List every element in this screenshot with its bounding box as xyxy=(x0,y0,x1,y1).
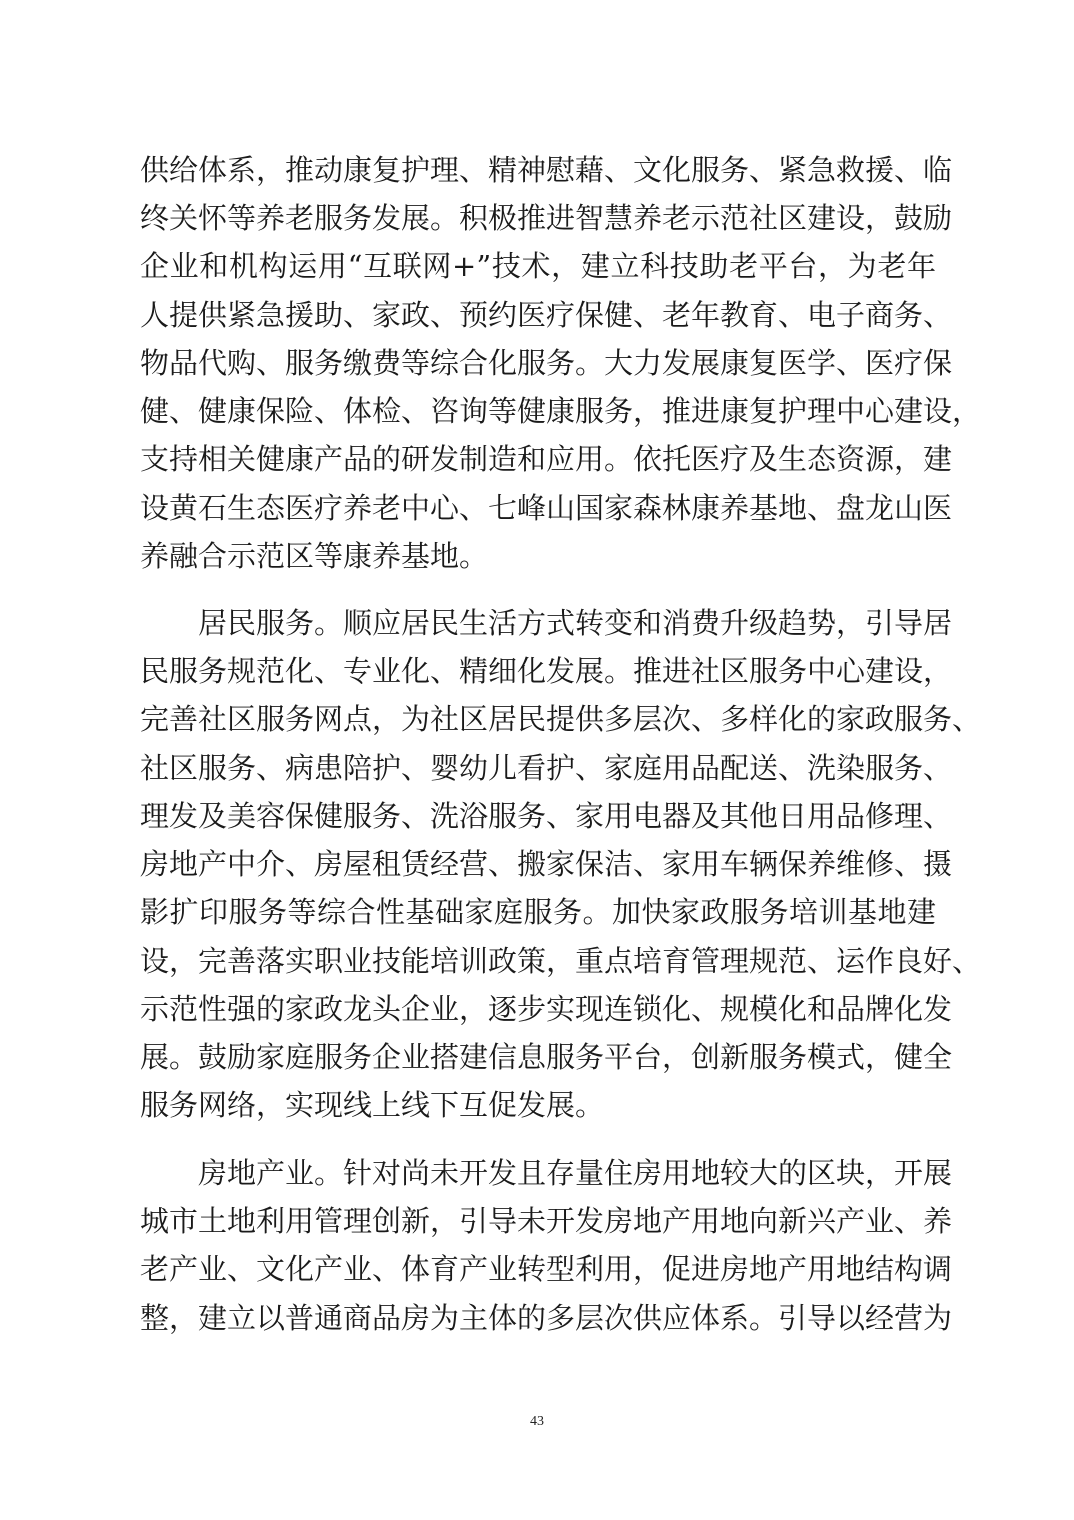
text-line: 物品代购、服务缴费等综合化服务。大力发展康复医学、医疗保 xyxy=(140,339,936,387)
text-line: 养融合示范区等康养基地。 xyxy=(140,532,936,580)
section-heading-line: 房地产业。针对尚未开发且存量住房用地较大的区块，开展 xyxy=(198,1149,936,1197)
section-heading-line: 居民服务。顺应居民生活方式转变和消费升级趋势，引导居 xyxy=(198,599,936,647)
text-line: 房地产中介、房屋租赁经营、搬家保洁、家用车辆保养维修、摄 xyxy=(140,840,936,888)
text-line: 完善社区服务网点，为社区居民提供多层次、多样化的家政服务、 xyxy=(140,695,936,743)
text-line: 老产业、文化产业、体育产业转型利用，促进房地产用地结构调 xyxy=(140,1245,936,1293)
document-page: 供给体系，推动康复护理、精神慰藉、文化服务、紧急救援、临 终关怀等养老服务发展。… xyxy=(0,0,1074,1520)
text-line: 城市土地利用管理创新，引导未开发房地产用地向新兴产业、养 xyxy=(140,1197,936,1245)
page-number: 43 xyxy=(0,1414,1074,1430)
text-line: 社区服务、病患陪护、婴幼儿看护、家庭用品配送、洗染服务、 xyxy=(140,744,936,792)
text-line: 民服务规范化、专业化、精细化发展。推进社区服务中心建设， xyxy=(140,647,936,695)
text-line: 整，建立以普通商品房为主体的多层次供应体系。引导以经营为 xyxy=(140,1294,936,1342)
text-line: 展。鼓励家庭服务企业搭建信息服务平台，创新服务模式，健全 xyxy=(140,1033,936,1081)
text-line: 支持相关健康产品的研发制造和应用。依托医疗及生态资源，建 xyxy=(140,435,936,483)
text-line: 健、健康保险、体检、咨询等健康服务，推进康复护理中心建设， xyxy=(140,387,936,435)
text-line: 设黄石生态医疗养老中心、七峰山国家森林康养基地、盘龙山医 xyxy=(140,484,936,532)
text-line: 终关怀等养老服务发展。积极推进智慧养老示范社区建设，鼓励 xyxy=(140,194,936,242)
text-line: 设，完善落实职业技能培训政策，重点培育管理规范、运作良好、 xyxy=(140,937,936,985)
text-line: 供给体系，推动康复护理、精神慰藉、文化服务、紧急救援、临 xyxy=(140,146,936,194)
text-line: 服务网络，实现线上线下互促发展。 xyxy=(140,1081,936,1129)
text-line: 企业和机构运用“互联网+”技术，建立科技助老平台，为老年 xyxy=(140,242,936,290)
text-line: 示范性强的家政龙头企业，逐步实现连锁化、规模化和品牌化发 xyxy=(140,985,936,1033)
text-line: 人提供紧急援助、家政、预约医疗保健、老年教育、电子商务、 xyxy=(140,291,936,339)
text-line: 影扩印服务等综合性基础家庭服务。加快家政服务培训基地建 xyxy=(140,888,936,936)
text-line: 理发及美容保健服务、洗浴服务、家用电器及其他日用品修理、 xyxy=(140,792,936,840)
